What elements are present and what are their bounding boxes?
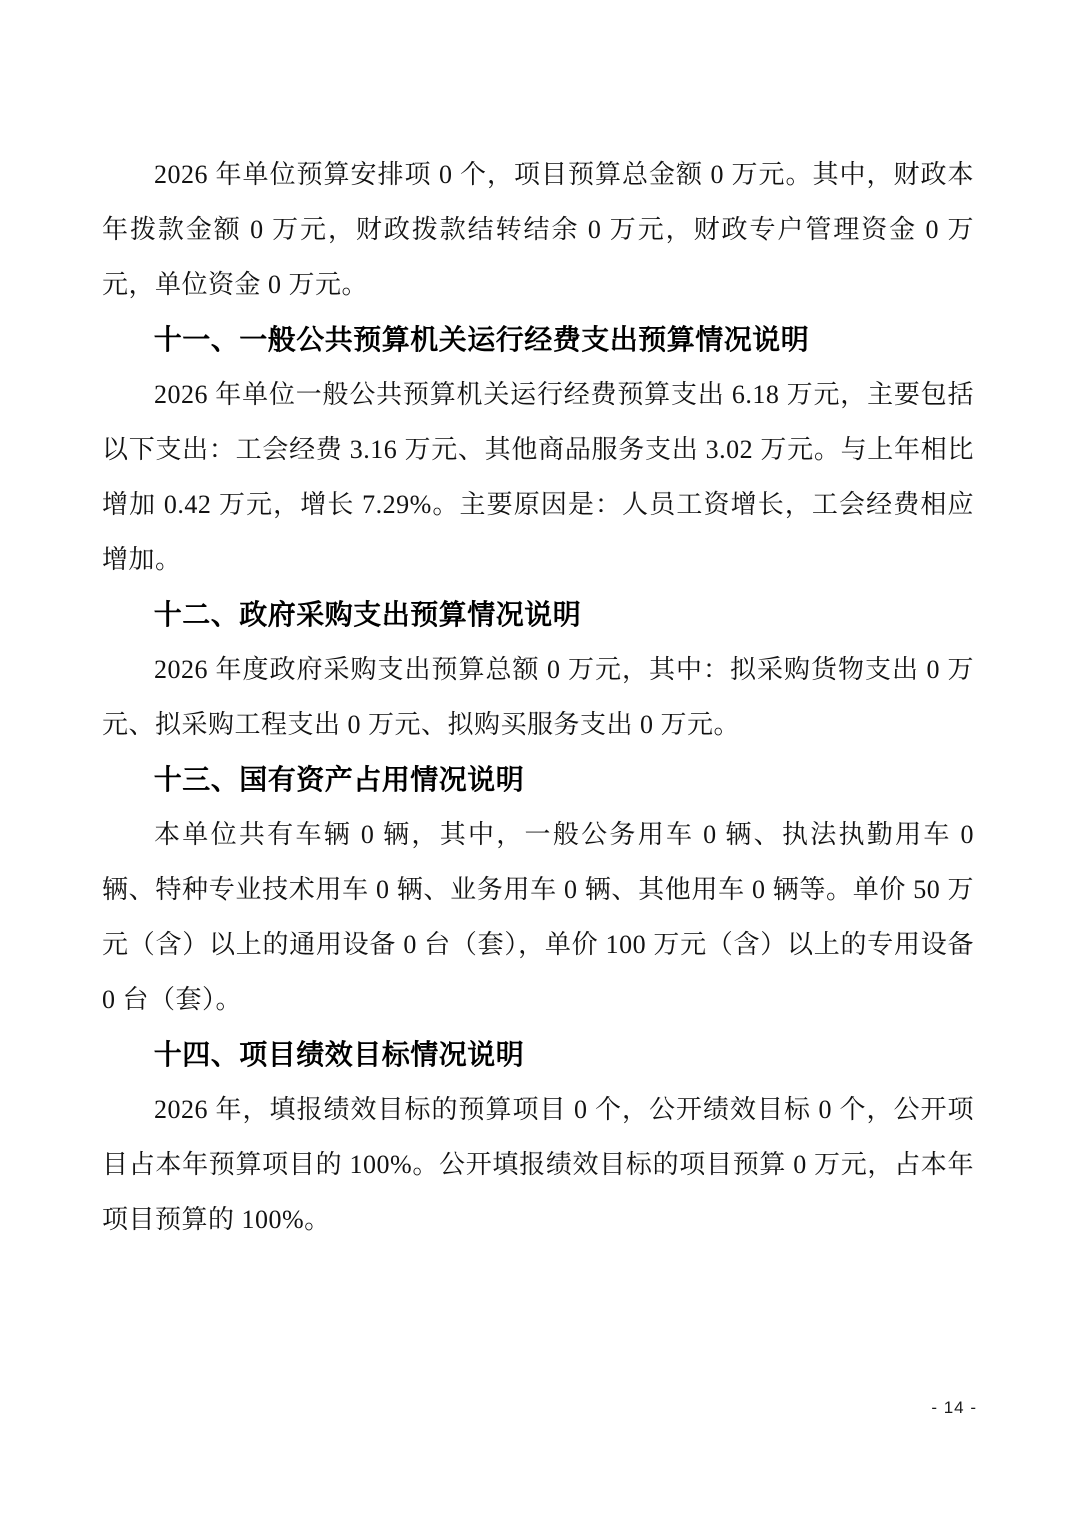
heading-section-11-operating-expenses: 十一、一般公共预算机关运行经费支出预算情况说明 xyxy=(102,312,974,367)
heading-section-13-state-assets: 十三、国有资产占用情况说明 xyxy=(102,752,974,807)
heading-section-12-government-procurement: 十二、政府采购支出预算情况说明 xyxy=(102,587,974,642)
paragraph-operating-expenses-detail: 2026 年单位一般公共预算机关运行经费预算支出 6.18 万元，主要包括以下支… xyxy=(102,367,974,587)
page-number: - 14 - xyxy=(931,1398,977,1418)
heading-section-14-performance-targets: 十四、项目绩效目标情况说明 xyxy=(102,1027,974,1082)
document-page: 2026 年单位预算安排项 0 个，项目预算总金额 0 万元。其中，财政本年拨款… xyxy=(0,0,1075,1520)
paragraph-project-budget-summary: 2026 年单位预算安排项 0 个，项目预算总金额 0 万元。其中，财政本年拨款… xyxy=(102,147,974,312)
paragraph-state-assets-detail: 本单位共有车辆 0 辆，其中，一般公务用车 0 辆、执法执勤用车 0 辆、特种专… xyxy=(102,807,974,1027)
paragraph-performance-targets-detail: 2026 年，填报绩效目标的预算项目 0 个，公开绩效目标 0 个，公开项目占本… xyxy=(102,1082,974,1247)
document-body: 2026 年单位预算安排项 0 个，项目预算总金额 0 万元。其中，财政本年拨款… xyxy=(102,147,974,1247)
paragraph-government-procurement-detail: 2026 年度政府采购支出预算总额 0 万元，其中：拟采购货物支出 0 万元、拟… xyxy=(102,642,974,752)
